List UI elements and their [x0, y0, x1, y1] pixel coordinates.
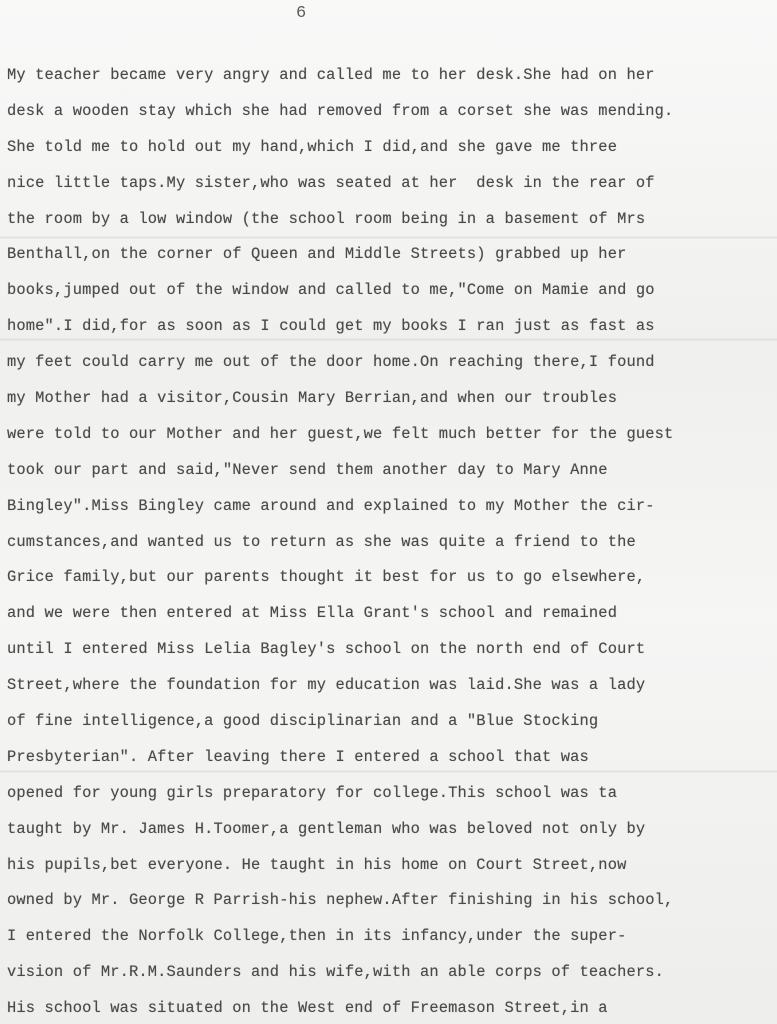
text-line: I entered the Norfolk College,then in it… — [7, 919, 777, 955]
page-number: 6 — [296, 4, 306, 23]
text-line: owned by Mr. George R Parrish-his nephew… — [7, 883, 777, 919]
text-line: cumstances,and wanted us to return as sh… — [7, 525, 777, 561]
text-line: His school was situated on the West end … — [7, 991, 777, 1024]
text-line: opened for young girls preparatory for c… — [7, 776, 777, 812]
text-line: until I entered Miss Lelia Bagley's scho… — [7, 632, 777, 668]
text-line: his pupils,bet everyone. He taught in hi… — [7, 848, 777, 884]
text-line: vision of Mr.R.M.Saunders and his wife,w… — [7, 955, 777, 991]
text-line: Presbyterian". After leaving there I ent… — [7, 740, 777, 776]
text-line: were told to our Mother and her guest,we… — [7, 417, 777, 453]
text-line: the room by a low window (the school roo… — [7, 202, 777, 238]
text-line: home".I did,for as soon as I could get m… — [7, 309, 777, 345]
text-line: My teacher became very angry and called … — [7, 58, 777, 94]
text-line: Grice family,but our parents thought it … — [7, 560, 777, 596]
text-line: desk a wooden stay which she had removed… — [7, 94, 777, 130]
text-line: Street,where the foundation for my educa… — [7, 668, 777, 704]
text-line: She told me to hold out my hand,which I … — [7, 130, 777, 166]
text-line: my feet could carry me out of the door h… — [7, 345, 777, 381]
body-text: My teacher became very angry and called … — [7, 58, 777, 1024]
text-line: Bingley".Miss Bingley came around and ex… — [7, 489, 777, 525]
text-line: nice little taps.My sister,who was seate… — [7, 166, 777, 202]
text-line: Benthall,on the corner of Queen and Midd… — [7, 237, 777, 273]
text-line: of fine intelligence,a good disciplinari… — [7, 704, 777, 740]
text-line: books,jumped out of the window and calle… — [7, 273, 777, 309]
text-line: my Mother had a visitor,Cousin Mary Berr… — [7, 381, 777, 417]
typewritten-page: 6 My teacher became very angry and calle… — [0, 0, 777, 1024]
text-line: and we were then entered at Miss Ella Gr… — [7, 596, 777, 632]
text-line: taught by Mr. James H.Toomer,a gentleman… — [7, 812, 777, 848]
text-line: took our part and said,"Never send them … — [7, 453, 777, 489]
